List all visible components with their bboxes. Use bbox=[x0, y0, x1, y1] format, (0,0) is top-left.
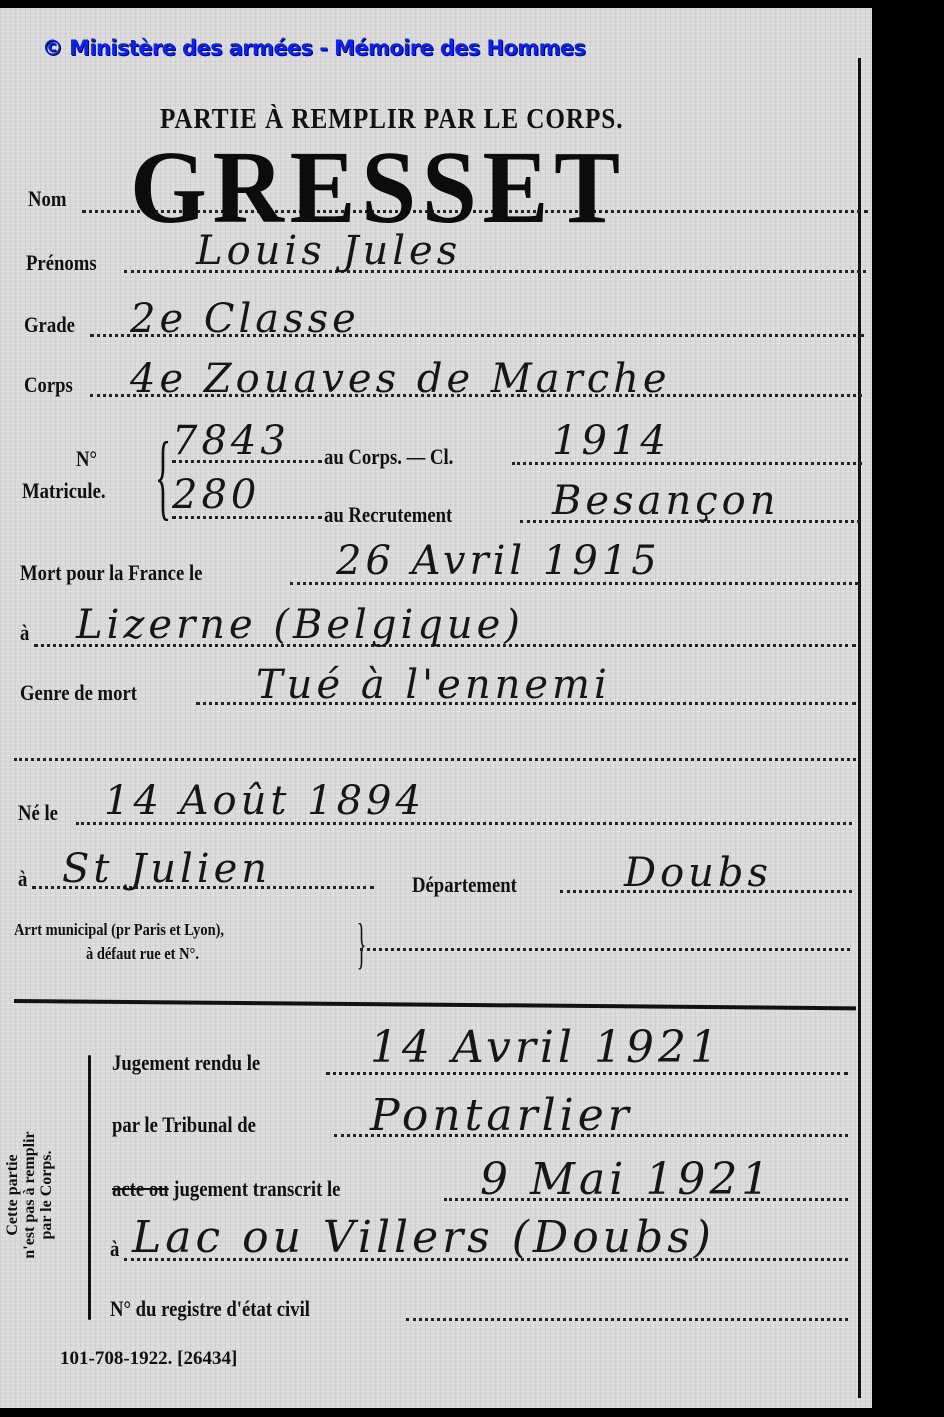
recrutement-label: au Recrutement bbox=[324, 502, 452, 528]
transcrit-text: jugement transcrit le bbox=[173, 1176, 340, 1201]
side-note: Cette partie n'est pas à remplir par le … bbox=[4, 1090, 55, 1300]
departement-value: Doubs bbox=[624, 850, 772, 896]
departement-label: Département bbox=[412, 872, 517, 898]
form-reference: 101-708-1922. [26434] bbox=[60, 1348, 237, 1370]
tribunal-value: Pontarlier bbox=[370, 1090, 633, 1141]
matricule-no-label: N° bbox=[76, 446, 97, 472]
side-note-line-1: Cette partie bbox=[4, 1090, 21, 1300]
registre-label: N° du registre d'état civil bbox=[110, 1296, 310, 1322]
transcrit-struck-text: acte ou bbox=[112, 1176, 169, 1201]
transcrit-lieu-label: à bbox=[110, 1236, 119, 1262]
card-border bbox=[858, 58, 861, 1398]
mort-date-label: Mort pour la France le bbox=[20, 560, 202, 586]
matricule-label: Matricule. bbox=[22, 478, 106, 504]
recrutement-place-value: Besançon bbox=[552, 478, 779, 524]
nom-label: Nom bbox=[28, 186, 66, 212]
corps-classe-label: au Corps. — Cl. bbox=[324, 444, 453, 470]
jugement-rendu-label: Jugement rendu le bbox=[112, 1050, 260, 1076]
grade-label: Grade bbox=[24, 312, 75, 338]
registre-line bbox=[406, 1318, 848, 1321]
corps-number-value: 7843 bbox=[172, 418, 290, 464]
mort-lieu-label: à bbox=[20, 620, 29, 646]
grade-value: 2e Classe bbox=[130, 296, 360, 342]
ne-le-value: 14 Août 1894 bbox=[104, 778, 425, 824]
transcrit-label: acte ou jugement transcrit le bbox=[112, 1176, 340, 1202]
matricule-brace: { bbox=[155, 428, 171, 524]
mort-lieu-value: Lizerne (Belgique) bbox=[76, 602, 524, 648]
side-note-line-2: n'est pas à remplir bbox=[21, 1090, 38, 1300]
prenoms-value: Louis Jules bbox=[196, 228, 461, 274]
mort-date-value: 26 Avril 1915 bbox=[336, 538, 661, 584]
transcrit-lieu-value: Lac ou Villers (Doubs) bbox=[132, 1212, 715, 1263]
arr-municipal-label-2: à défaut rue et N°. bbox=[86, 944, 199, 964]
classe-value: 1914 bbox=[552, 418, 670, 464]
transcrit-value: 9 Mai 1921 bbox=[480, 1154, 773, 1205]
ne-lieu-label: à bbox=[18, 866, 27, 892]
jugement-rendu-value: 14 Avril 1921 bbox=[370, 1022, 722, 1073]
recrutement-number-value: 280 bbox=[172, 472, 260, 518]
section-bracket bbox=[88, 1055, 91, 1320]
ne-lieu-value: St Julien bbox=[62, 846, 271, 892]
side-note-line-3: par le Corps. bbox=[38, 1090, 55, 1300]
genre-mort-label: Genre de mort bbox=[20, 680, 137, 706]
copyright-watermark: © Ministère des armées - Mémoire des Hom… bbox=[42, 36, 585, 60]
blank-line bbox=[14, 758, 856, 761]
genre-mort-value: Tué à l'ennemi bbox=[256, 662, 611, 708]
tribunal-label: par le Tribunal de bbox=[112, 1112, 256, 1138]
corps-value: 4e Zouaves de Marche bbox=[130, 356, 671, 402]
corps-label: Corps bbox=[24, 372, 73, 398]
prenoms-label: Prénoms bbox=[26, 250, 97, 276]
arr-brace: } bbox=[357, 916, 366, 972]
ne-le-label: Né le bbox=[18, 800, 58, 826]
arr-municipal-label: Arrt municipal (pr Paris et Lyon), bbox=[14, 920, 224, 940]
arr-municipal-line bbox=[360, 948, 850, 951]
